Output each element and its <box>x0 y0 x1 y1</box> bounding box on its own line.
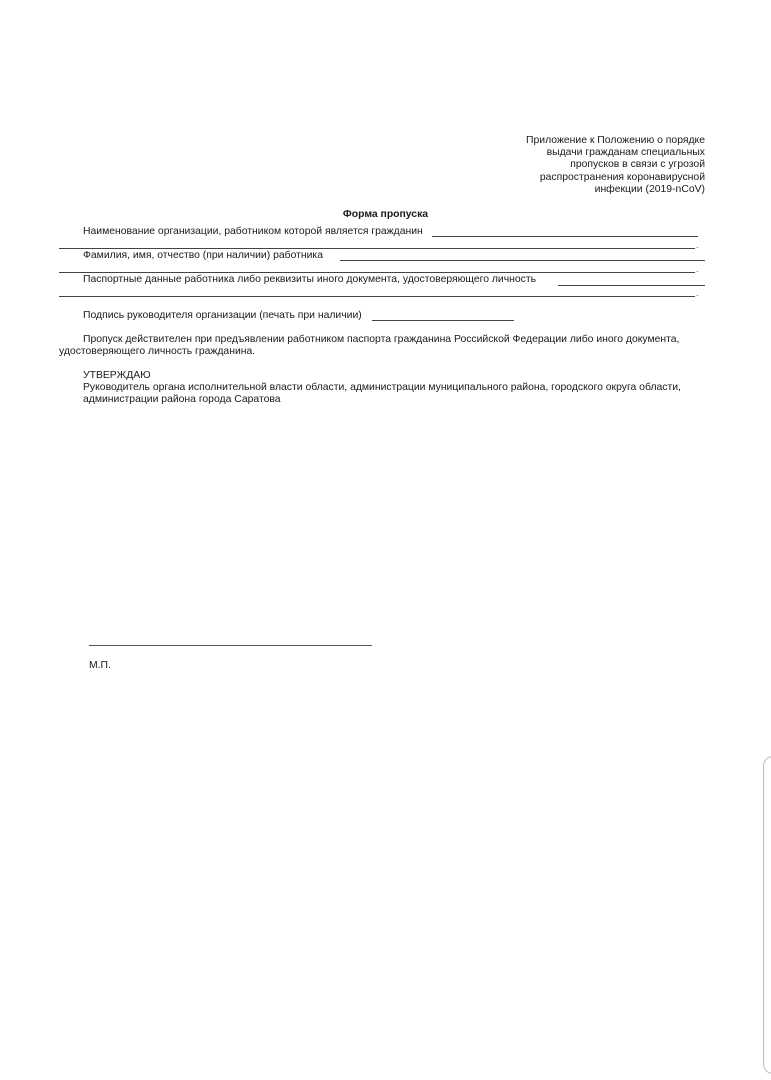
signature-label: Подпись руководителя организации (печать… <box>83 310 362 321</box>
approve-heading: УТВЕРЖДАЮ <box>83 370 151 381</box>
validity-text-line-2: удостоверяющего личность гражданина. <box>59 346 255 357</box>
stamp-label: М.П. <box>89 660 111 671</box>
form-title: Форма пропуска <box>0 209 771 220</box>
appendix-line: пропусков в связи с угрозой <box>526 159 705 171</box>
approver-signature-line[interactable] <box>89 645 372 646</box>
passport-field-line[interactable] <box>558 285 705 286</box>
approve-text-line-1: Руководитель органа исполнительной власт… <box>83 382 681 393</box>
organization-field-line-2[interactable] <box>59 248 695 249</box>
approve-text-line-2: администрации района города Саратова <box>83 394 281 405</box>
appendix-line: выдачи гражданам специальных <box>526 147 705 159</box>
page-edge-scroll-indicator[interactable] <box>763 756 771 1074</box>
passport-label: Паспортные данные работника либо реквизи… <box>83 274 536 285</box>
name-field-line[interactable] <box>340 260 705 261</box>
appendix-line: Приложение к Положению о порядке <box>526 135 705 147</box>
line-end-dot: . <box>696 264 699 274</box>
validity-text-line-1: Пропуск действителен при предъявлении ра… <box>83 334 679 345</box>
name-label: Фамилия, имя, отчество (при наличии) раб… <box>83 250 323 261</box>
appendix-line: распространения коронавирусной <box>526 172 705 184</box>
organization-field-line[interactable] <box>432 236 698 237</box>
signature-field-line[interactable] <box>372 320 514 321</box>
line-end-dot: . <box>696 240 699 250</box>
name-field-line-2[interactable] <box>59 272 695 273</box>
organization-label: Наименование организации, работником кот… <box>83 226 423 237</box>
appendix-note: Приложение к Положению о порядке выдачи … <box>526 135 705 196</box>
passport-field-line-2[interactable] <box>59 296 695 297</box>
line-end-dot: . <box>696 288 699 298</box>
appendix-line: инфекции (2019-nCoV) <box>526 184 705 196</box>
